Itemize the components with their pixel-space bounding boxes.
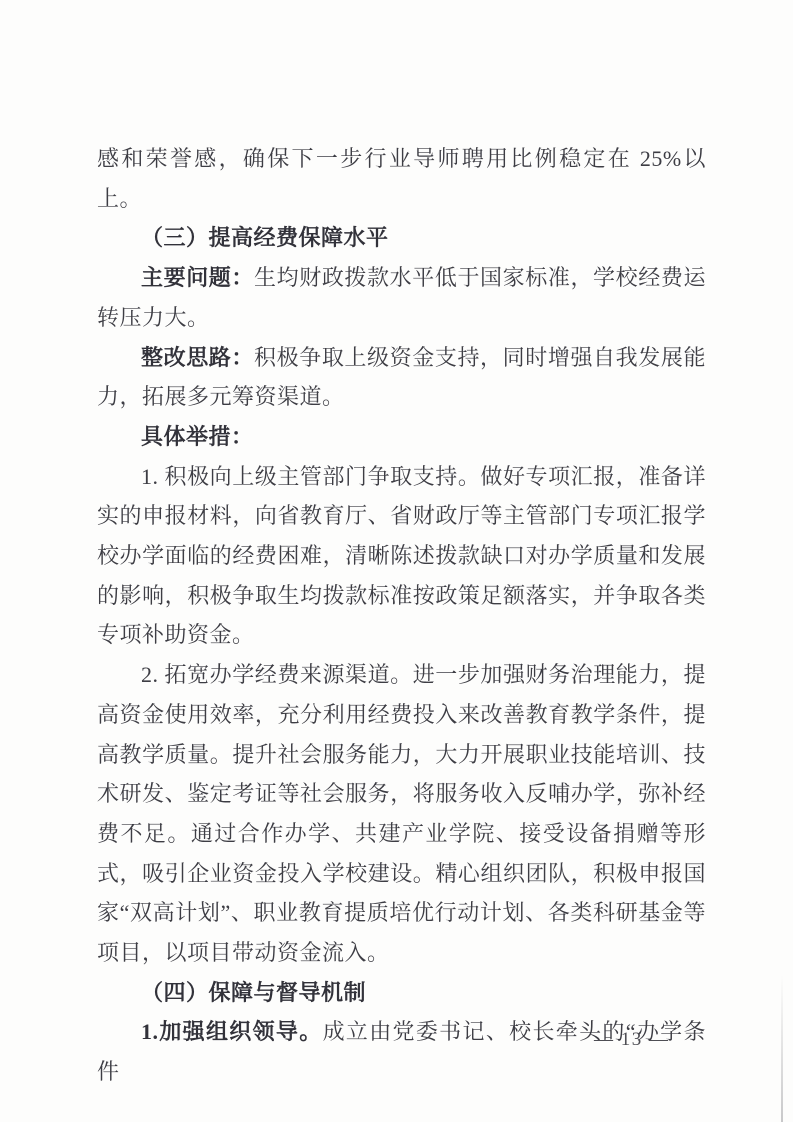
text-run: 2. 拓宽办学经费来源渠道。进一步加强财务治理能力，提高资金使用效率，充分利用经… (97, 662, 706, 965)
scan-edge-artifact (781, 975, 783, 1122)
text-run: 感和荣誉感，确保下一步行业导师聘用比例稳定在 25%以上。 (97, 146, 706, 211)
bold-text-run: 具体举措： (141, 424, 254, 449)
paragraph: 主要问题：生均财政拨款水平低于国家标准，学校经费运转压力大。 (97, 258, 706, 337)
paragraph: （三）提高经费保障水平 (97, 218, 706, 258)
page-number: — 13 — (594, 1029, 670, 1051)
bold-text-run: 整改思路： (141, 345, 254, 370)
bold-text-run: （三）提高经费保障水平 (141, 225, 389, 250)
paragraph: 2. 拓宽办学经费来源渠道。进一步加强财务治理能力，提高资金使用效率，充分利用经… (97, 655, 706, 973)
document-page: 感和荣誉感，确保下一步行业导师聘用比例稳定在 25%以上。（三）提高经费保障水平… (0, 0, 793, 1122)
bold-text-run: 主要问题： (141, 265, 254, 290)
paragraph: 整改思路：积极争取上级资金支持，同时增强自我发展能力，拓展多元筹资渠道。 (97, 338, 706, 417)
paragraph: 1.加强组织领导。成立由党委书记、校长牵头的“办学条件 (97, 1012, 706, 1091)
paragraph: 1. 积极向上级主管部门争取支持。做好专项汇报，准备详实的申报材料，向省教育厅、… (97, 457, 706, 656)
text-run: 1. 积极向上级主管部门争取支持。做好专项汇报，准备详实的申报材料，向省教育厅、… (97, 464, 706, 648)
paragraph: 感和荣誉感，确保下一步行业导师聘用比例稳定在 25%以上。 (97, 139, 706, 218)
document-body: 感和荣誉感，确保下一步行业导师聘用比例稳定在 25%以上。（三）提高经费保障水平… (97, 139, 706, 1092)
bold-text-run: 1.加强组织领导。 (141, 1019, 323, 1044)
paragraph: 具体举措： (97, 417, 706, 457)
bold-text-run: （四）保障与督导机制 (141, 980, 366, 1005)
paragraph: （四）保障与督导机制 (97, 973, 706, 1013)
